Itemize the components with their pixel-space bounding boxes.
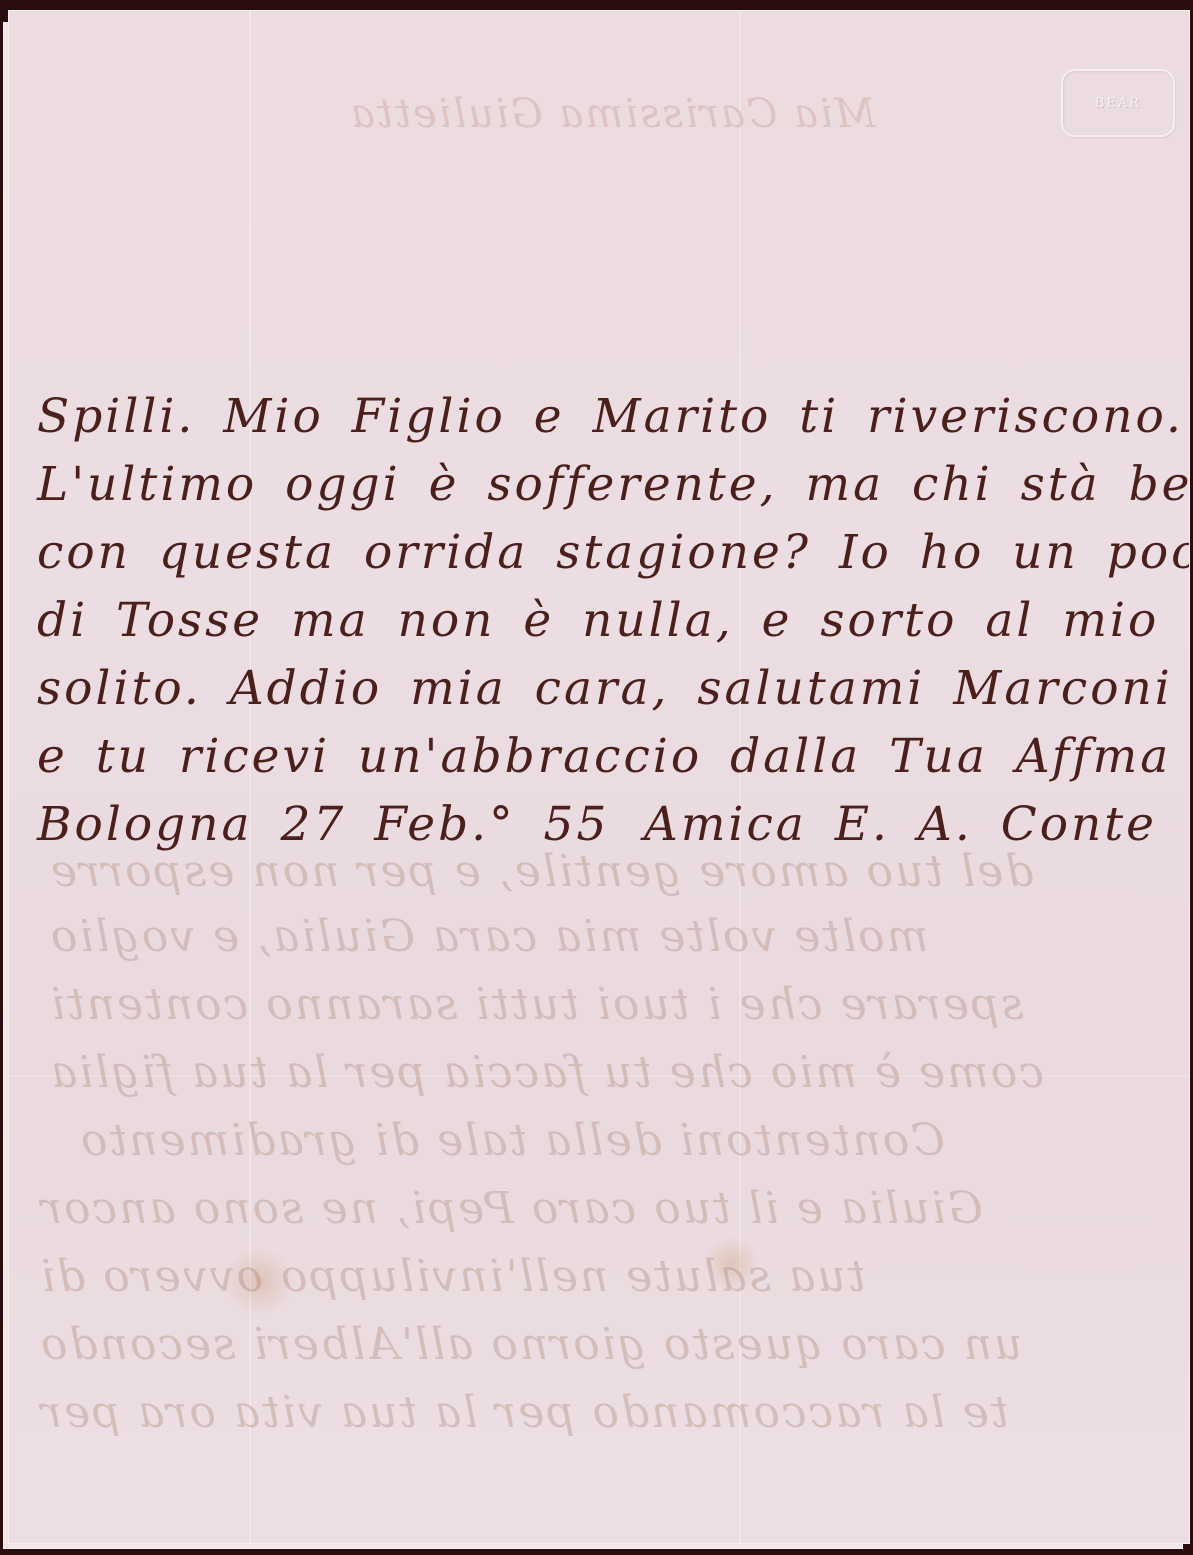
place-date: Bologna 27 Feb.° 55: [37, 791, 609, 859]
bleed-through-line: Contentoni della tale di gradimento: [79, 1115, 945, 1166]
bleed-through-heading: Mia Carissima Giulietta: [349, 91, 876, 137]
letter-line: L'ultimo oggi è sofferente, ma chi stà b…: [37, 451, 1187, 519]
embossed-stamp-text: BEAR: [1095, 96, 1141, 111]
embossed-stamp: BEAR: [1061, 69, 1175, 137]
letter-line: e tu ricevi un'abbraccio dalla Tua Affma: [37, 723, 1187, 791]
bleed-through-line: te la raccomando per la tua vita ora per: [39, 1387, 1009, 1438]
letter-line: con questa orrida stagione? Io ho un poc…: [37, 519, 1187, 587]
bleed-through-line: molte volte mia cara Giulia, e voglio: [49, 911, 928, 962]
bleed-through-line: Giulia e il tuo caro Pepi, ne sono ancor: [39, 1183, 983, 1234]
letter-line: solito. Addio mia cara, salutami Marconi: [37, 655, 1187, 723]
bleed-through-line: sperare che i tuoi tutti saranno content…: [49, 979, 1024, 1030]
bleed-through-line: un caro questo giorno all'Alberi secondo: [39, 1319, 1022, 1370]
letter-line: di Tosse ma non è nulla, e sorto al mio: [37, 587, 1187, 655]
letter-sheet: BEAR Mia Carissima Giulietta del tuo amo…: [8, 10, 1190, 1544]
bleed-through-line: come è mio che tu faccia per la tua figl…: [49, 1047, 1044, 1098]
letter-closing: Bologna 27 Feb.° 55 Amica E. A. Conte: [37, 791, 1157, 859]
bleed-through-line: tua salute nell'inviluppo ovvero di: [39, 1251, 865, 1302]
letter-body: Spilli. Mio Figlio e Marito ti riverisco…: [37, 383, 1187, 859]
scan-frame: BEAR Mia Carissima Giulietta del tuo amo…: [0, 0, 1193, 1555]
signature: Amica E. A. Conte: [644, 791, 1157, 859]
letter-line: Spilli. Mio Figlio e Marito ti riverisco…: [37, 383, 1187, 451]
